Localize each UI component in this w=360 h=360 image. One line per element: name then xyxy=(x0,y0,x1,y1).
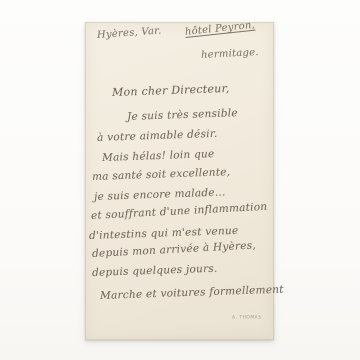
letter-body-line: depuis quelques jours. xyxy=(92,263,218,279)
letter-body-line: et souffrant d'une inflammation xyxy=(91,201,268,222)
letter-dateline-location: Hyères, Var. xyxy=(97,26,162,41)
letter-body-line: d'intestins qui m'est venue xyxy=(89,225,239,242)
letter-body-line: Mais hélas! loin que xyxy=(102,148,215,164)
printed-caption: A. THOMAS xyxy=(232,315,262,320)
photo-background: Hyères, Var. hôtel Peyron, hermitage. Mo… xyxy=(0,0,360,360)
letter-dateline-hotel: hôtel Peyron, xyxy=(184,20,255,38)
letter-body-line: je suis encore malade... xyxy=(94,186,226,203)
letter-body-line: à votre aimable désir. xyxy=(97,128,218,144)
letter-dateline-hotel-line2: hermitage. xyxy=(201,47,259,61)
letter-salutation: Mon cher Directeur, xyxy=(112,82,230,99)
letter-body-line: depuis mon arrivée à Hyères, xyxy=(92,239,257,260)
letter-body-line: Je suis très sensible xyxy=(127,107,238,123)
letter-paper: Hyères, Var. hôtel Peyron, hermitage. Mo… xyxy=(85,22,274,340)
letter-body-line: ma santé soit excellente, xyxy=(92,166,231,183)
letter-body-line: Marche et voitures formellement xyxy=(100,284,284,302)
